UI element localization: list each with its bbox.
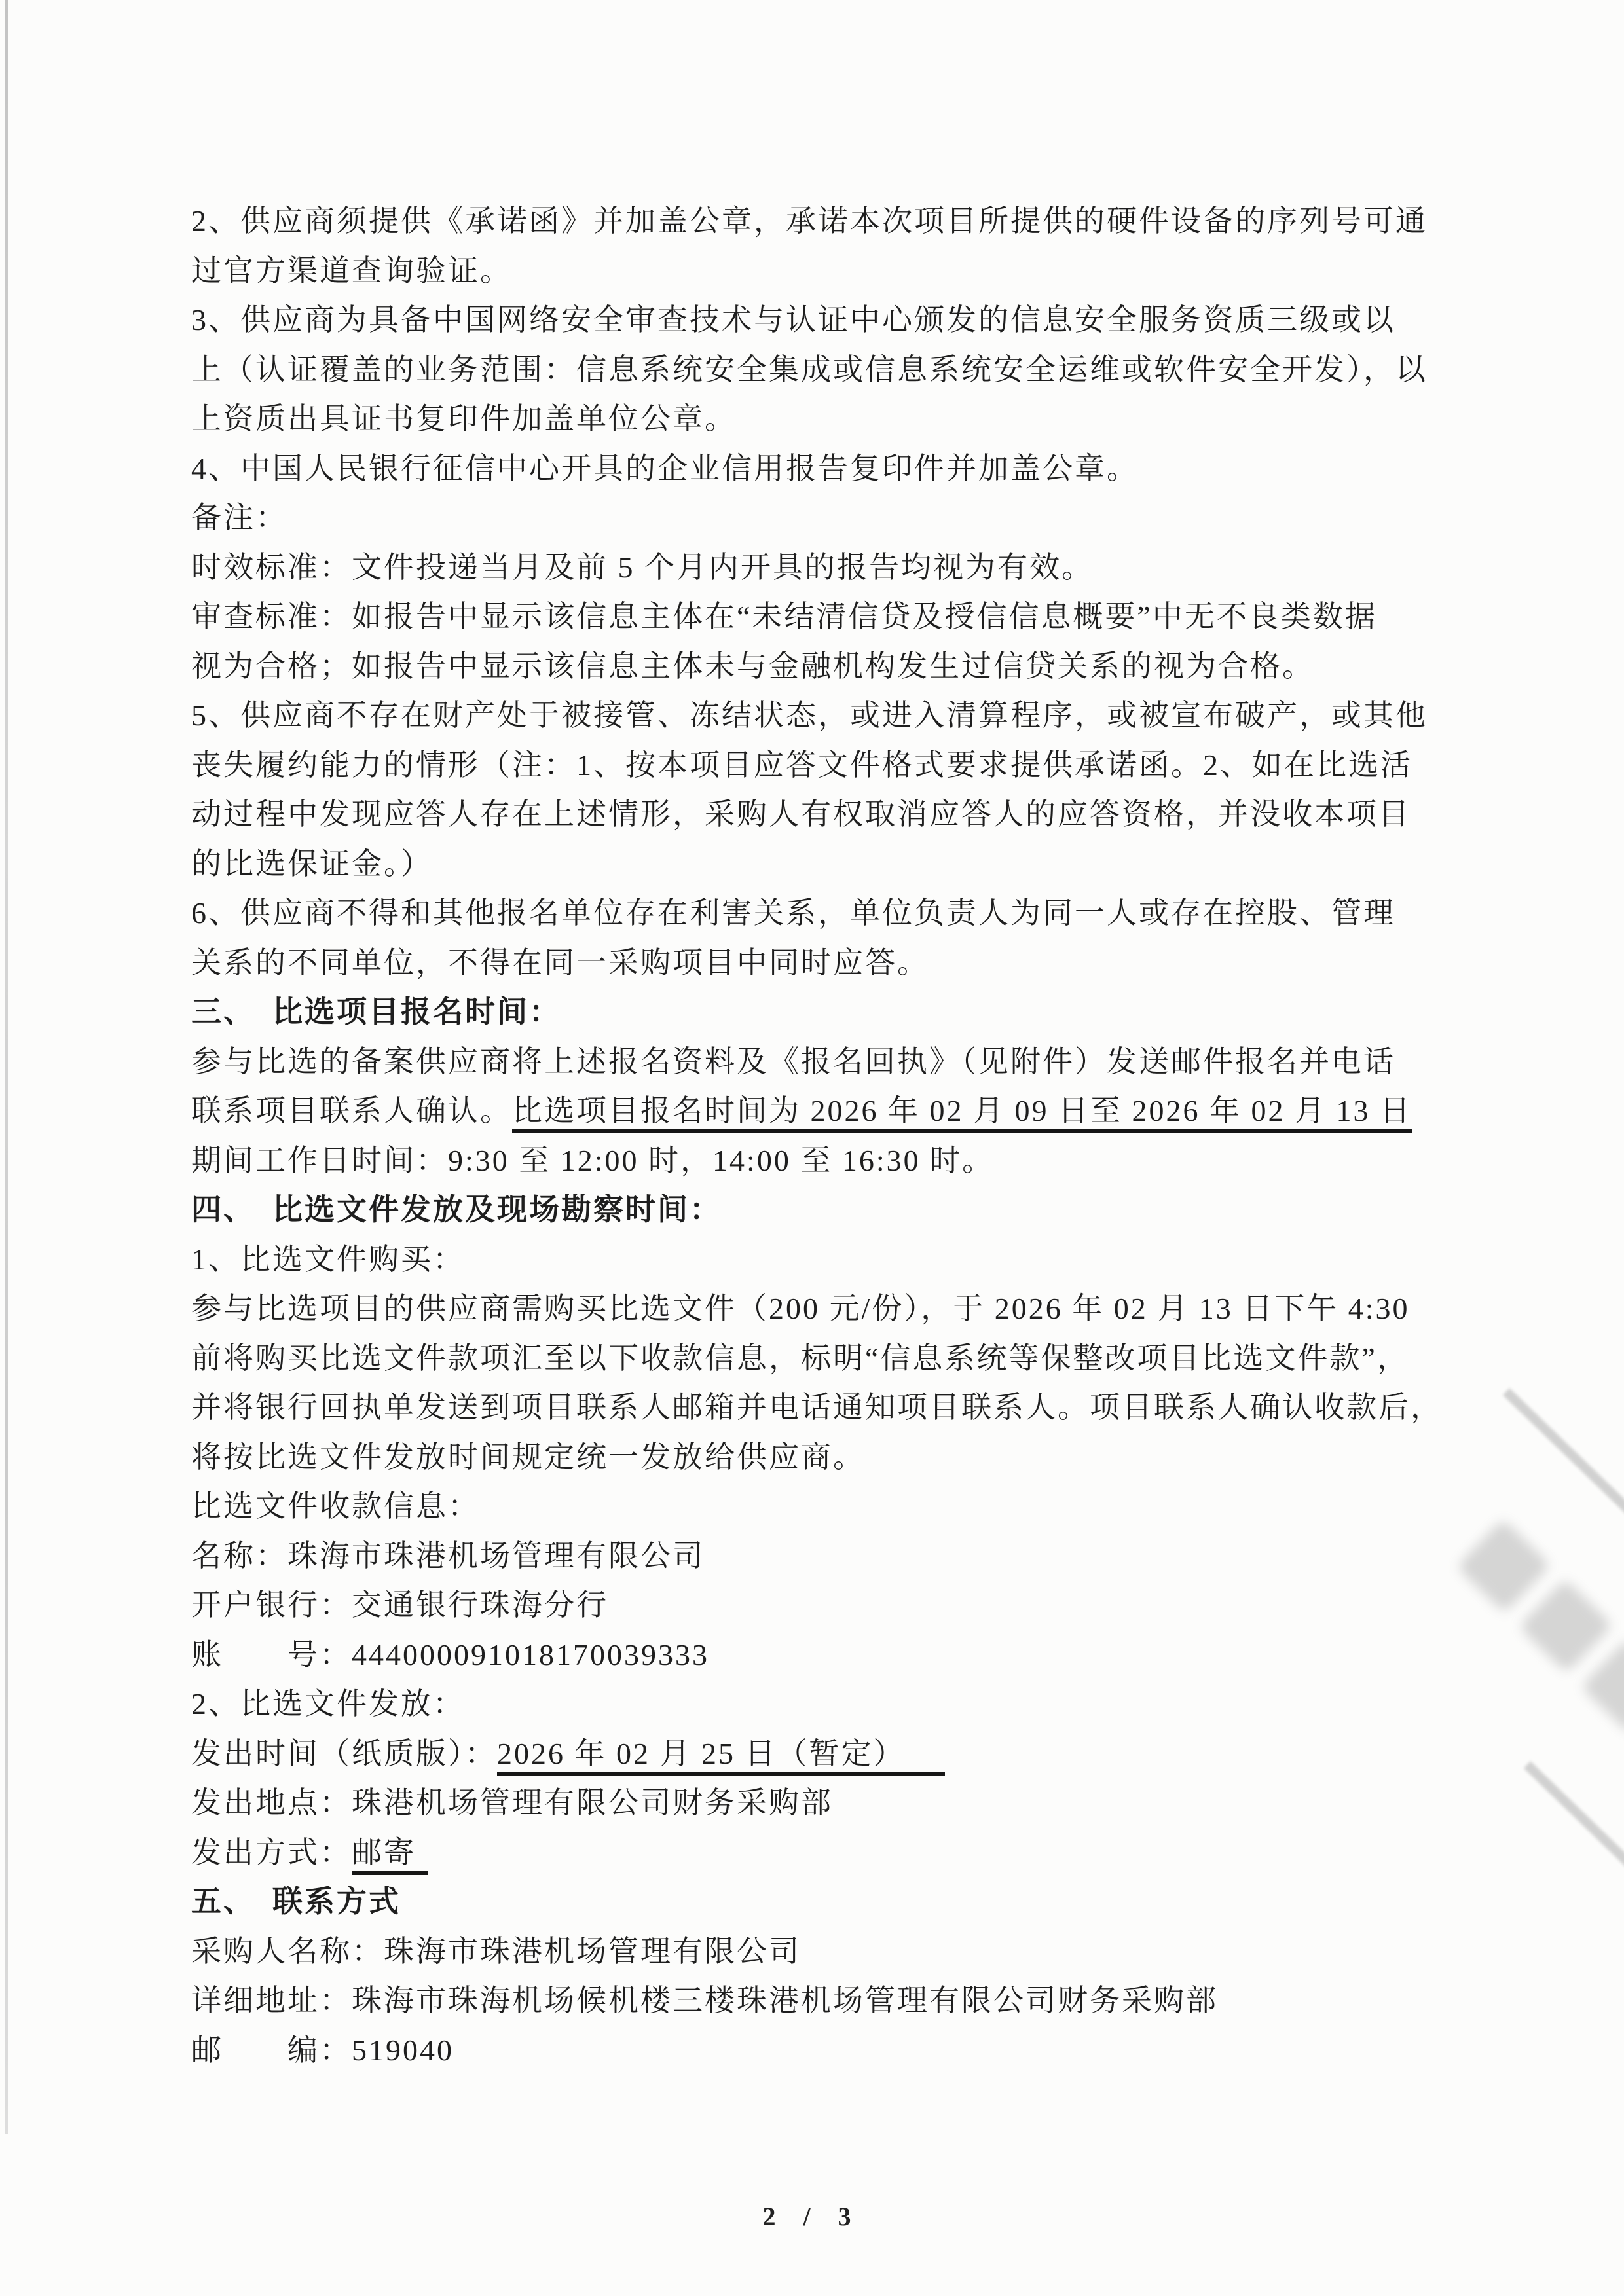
document-body: 2、供应商须提供《承诺函》并加盖公章，承诺本次项目所提供的硬件设备的序列号可通过… [191, 196, 1443, 2075]
document-line: 动过程中发现应答人存在上述情形，采购人有权取消应答人的应答资格，并没收本项目 [191, 790, 1443, 839]
document-line: 联系项目联系人确认。比选项目报名时间为 2026 年 02 月 09 日至 20… [191, 1086, 1443, 1136]
text-segment: 关系的不同单位，不得在同一采购项目中同时应答。 [191, 946, 929, 979]
document-line: 关系的不同单位，不得在同一采购项目中同时应答。 [191, 938, 1443, 988]
text-segment: 开户银行：交通银行珠海分行 [191, 1588, 608, 1622]
text-segment: 四、 比选文件发放及现场勘察时间： [191, 1192, 722, 1226]
document-line: 3、供应商为具备中国网络安全审查技术与认证中心颁发的信息安全服务资质三级或以 [191, 295, 1443, 345]
document-line: 期间工作日时间：9:30 至 12:00 时，14:00 至 16:30 时。 [191, 1136, 1443, 1186]
text-segment: 详细地址：珠海市珠海机场候机楼三楼珠港机场管理有限公司财务采购部 [191, 1984, 1218, 2017]
text-segment: 发出方式： [191, 1836, 352, 1869]
document-line: 视为合格；如报告中显示该信息主体未与金融机构发生过信贷关系的视为合格。 [191, 642, 1443, 691]
section-heading: 五、 联系方式 [191, 1877, 1443, 1927]
section-heading: 三、 比选项目报名时间： [191, 987, 1443, 1037]
document-line: 丧失履约能力的情形（注：1、按本项目应答文件格式要求提供承诺函。2、如在比选活 [191, 740, 1443, 790]
text-segment: 名称：珠海市珠港机场管理有限公司 [191, 1539, 705, 1573]
text-segment: 的比选保证金。） [191, 847, 433, 881]
text-segment: 参与比选项目的供应商需购买比选文件（200 元/份），于 2026 年 02 月… [191, 1292, 1410, 1325]
document-line: 名称：珠海市珠港机场管理有限公司 [191, 1531, 1443, 1581]
text-segment: 发出时间（纸质版）： [191, 1737, 497, 1770]
underlined-text: 2026 年 02 月 25 日（暂定） [497, 1737, 945, 1776]
text-segment: 4、中国人民银行征信中心开具的企业信用报告复印件并加盖公章。 [191, 452, 1139, 485]
document-line: 邮 编：519040 [191, 2026, 1443, 2075]
document-line: 前将购买比选文件款项汇至以下收款信息，标明“信息系统等保整改项目比选文件款”， [191, 1334, 1443, 1383]
text-segment: 发出地点：珠港机场管理有限公司财务采购部 [191, 1786, 833, 1819]
text-segment: 账 号：444000091018170039333 [191, 1638, 709, 1671]
document-line: 5、供应商不存在财产处于被接管、冻结状态，或进入清算程序，或被宣布破产，或其他 [191, 691, 1443, 740]
page-number: 2 / 3 [0, 2201, 1624, 2232]
document-line: 备注： [191, 493, 1443, 543]
document-line: 过官方渠道查询验证。 [191, 246, 1443, 296]
text-segment: 参与比选的备案供应商将上述报名资料及《报名回执》（见附件）发送邮件报名并电话 [191, 1045, 1395, 1078]
text-segment: 时效标准：文件投递当月及前 5 个月内开具的报告均视为有效。 [191, 551, 1094, 584]
document-line: 开户银行：交通银行珠海分行 [191, 1580, 1443, 1630]
text-segment: 动过程中发现应答人存在上述情形，采购人有权取消应答人的应答资格，并没收本项目 [191, 797, 1411, 831]
document-line: 发出时间（纸质版）：2026 年 02 月 25 日（暂定） [191, 1729, 1443, 1779]
text-segment: 将按比选文件发放时间规定统一发放给供应商。 [191, 1440, 865, 1474]
document-line: 上（认证覆盖的业务范围：信息系统安全集成或信息系统安全运维或软件安全开发），以 [191, 345, 1443, 395]
document-page: 2、供应商须提供《承诺函》并加盖公章，承诺本次项目所提供的硬件设备的序列号可通过… [0, 0, 1624, 2296]
stamp-bleedthrough [1456, 1519, 1624, 1914]
document-line: 发出方式：邮寄 [191, 1828, 1443, 1878]
text-segment: 过官方渠道查询验证。 [191, 254, 512, 287]
text-segment: 审查标准：如报告中显示该信息主体在“未结清信贷及授信信息概要”中无不良类数据 [191, 600, 1377, 633]
text-segment: 期间工作日时间：9:30 至 12:00 时，14:00 至 16:30 时。 [191, 1144, 994, 1177]
document-line: 参与比选的备案供应商将上述报名资料及《报名回执》（见附件）发送邮件报名并电话 [191, 1037, 1443, 1087]
text-segment: 前将购买比选文件款项汇至以下收款信息，标明“信息系统等保整改项目比选文件款”， [191, 1341, 1409, 1375]
text-segment: 上（认证覆盖的业务范围：信息系统安全集成或信息系统安全运维或软件安全开发），以 [191, 353, 1428, 386]
document-line: 账 号：444000091018170039333 [191, 1630, 1443, 1680]
stamp-glyph-blob [1456, 1519, 1551, 1613]
document-line: 的比选保证金。） [191, 839, 1443, 889]
text-segment: 1、比选文件购买： [191, 1243, 465, 1276]
text-segment: 2、比选文件发放： [191, 1687, 465, 1721]
document-line: 并将银行回执单发送到项目联系人邮箱并电话通知项目联系人。项目联系人确认收款后， [191, 1383, 1443, 1432]
text-segment: 2、供应商须提供《承诺函》并加盖公章，承诺本次项目所提供的硬件设备的序列号可通 [191, 204, 1428, 238]
document-line: 1、比选文件购买： [191, 1235, 1443, 1285]
document-line: 4、中国人民银行征信中心开具的企业信用报告复印件并加盖公章。 [191, 444, 1443, 494]
text-segment: 上资质出具证书复印件加盖单位公章。 [191, 402, 737, 435]
text-segment: 采购人名称：珠海市珠港机场管理有限公司 [191, 1935, 801, 1968]
text-segment: 6、供应商不得和其他报名单位存在利害关系，单位负责人为同一人或存在控股、管理 [191, 896, 1395, 930]
text-segment: 3、供应商为具备中国网络安全审查技术与认证中心颁发的信息安全服务资质三级或以 [191, 303, 1395, 337]
document-line: 时效标准：文件投递当月及前 5 个月内开具的报告均视为有效。 [191, 543, 1443, 592]
stamp-border-bottom [1524, 1761, 1624, 1963]
section-heading: 四、 比选文件发放及现场勘察时间： [191, 1185, 1443, 1235]
text-segment: 并将银行回执单发送到项目联系人邮箱并电话通知项目联系人。项目联系人确认收款后， [191, 1391, 1443, 1424]
document-line: 将按比选文件发放时间规定统一发放给供应商。 [191, 1432, 1443, 1482]
document-line: 采购人名称：珠海市珠港机场管理有限公司 [191, 1927, 1443, 1977]
text-segment: 邮 编：519040 [191, 2033, 454, 2067]
scan-edge-artifact [5, 0, 8, 2134]
document-line: 参与比选项目的供应商需购买比选文件（200 元/份），于 2026 年 02 月… [191, 1284, 1443, 1334]
document-line: 6、供应商不得和其他报名单位存在利害关系，单位负责人为同一人或存在控股、管理 [191, 888, 1443, 938]
document-line: 上资质出具证书复印件加盖单位公章。 [191, 394, 1443, 444]
text-segment: 5、供应商不存在财产处于被接管、冻结状态，或进入清算程序，或被宣布破产，或其他 [191, 699, 1428, 732]
stamp-glyph-blob [1581, 1639, 1624, 1733]
document-line: 发出地点：珠港机场管理有限公司财务采购部 [191, 1778, 1443, 1828]
document-line: 审查标准：如报告中显示该信息主体在“未结清信贷及授信信息概要”中无不良类数据 [191, 592, 1443, 642]
underlined-text: 比选项目报名时间为 2026 年 02 月 09 日至 2026 年 02 月 … [512, 1094, 1412, 1133]
document-line: 比选文件收款信息： [191, 1482, 1443, 1531]
document-line: 2、供应商须提供《承诺函》并加盖公章，承诺本次项目所提供的硬件设备的序列号可通 [191, 196, 1443, 246]
text-segment: 备注： [191, 501, 287, 534]
text-segment: 丧失履约能力的情形（注：1、按本项目应答文件格式要求提供承诺函。2、如在比选活 [191, 748, 1412, 782]
text-segment: 联系项目联系人确认。 [191, 1094, 512, 1127]
stamp-glyph-blob [1519, 1579, 1613, 1673]
text-segment: 比选文件收款信息： [191, 1489, 480, 1523]
text-segment: 三、 比选项目报名时间： [191, 994, 561, 1029]
text-segment: 视为合格；如报告中显示该信息主体未与金融机构发生过信贷关系的视为合格。 [191, 649, 1314, 683]
document-line: 详细地址：珠海市珠海机场候机楼三楼珠港机场管理有限公司财务采购部 [191, 1976, 1443, 2026]
document-line: 2、比选文件发放： [191, 1679, 1443, 1729]
underlined-text: 邮寄 [352, 1836, 428, 1875]
text-segment: 五、 联系方式 [191, 1884, 401, 1918]
